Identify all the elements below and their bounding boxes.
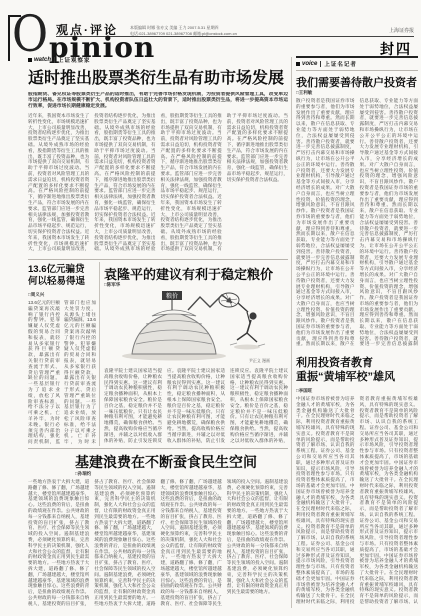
bottom-article-title: 基建浪费在不断蚕食民生空间 [75,452,257,472]
right-article2-title: 利用投资者教育 重振“黄埔军校”雄风 [296,356,418,384]
right-column-top-rule [296,56,418,58]
left-article-title-line2: 何以轻易得逞 [28,276,85,287]
right-article1-title: 我们需要善待散户投资者 [296,74,417,90]
bottom-article-author: □孙瑞灼 [75,471,91,477]
main-tag-cn: 上证观察家 [58,56,91,64]
cartoon-caption: 尹正义 漫画 [249,358,270,364]
right-article1-author: □王利敏 [296,90,312,96]
newspaper-page: O 观点·评论 本版编辑 时娜 张亦文 美编 王力 2007.5.31 星期四 … [0,0,421,616]
paper-name: 上海证券报 [366,27,414,34]
right-article2-title-line2: 重振“黄埔军校”雄风 [296,371,395,383]
column-divider [291,57,292,608]
right-article2-author: □李国旺 [296,388,312,394]
grain-price-cartoon: 粮价 尹正义 漫画 [116,290,272,364]
edition-info-line1: 本版编辑 时娜 张亦文 美编 王力 2007.5.31 星期四 [130,25,218,30]
left-article-title-line1: 13.6亿元骗贷 [28,264,85,275]
masthead-big-letter: O [12,8,48,60]
cartoon-illustration-icon: 粮价 [116,290,272,364]
column-divider [99,262,100,446]
right-article1-body: 散户投资者是我国证券市场的重要参与者，他们为市场发展作出了重要贡献，理应得到善待… [296,98,418,348]
main-article-body: 近年来，我国资本市场发生了转折性变化，市场规模迅速扩大，上市公司质量明显改善，投… [28,113,288,256]
corner-bracket-icon [8,15,10,61]
bottom-article-body: 一些地方热衷于大拆大建，道路翻了修、修了翻，广场越建越大，楼堂馆所越建越豪华，基… [28,479,288,609]
right-article2-title-line1: 利用投资者教育 [296,357,373,369]
square-bullet-icon [28,58,32,62]
tag-separator [320,61,321,67]
section-rule [28,448,288,449]
center-article-title: 袁隆平的建议有利于稳定粮价 [104,264,273,283]
left-article-author: □周义兴 [28,292,44,298]
svg-text:粮价: 粮价 [166,292,178,300]
left-article-body: 13.6亿元的巨额骗贷案再次敲响了银行内控的警钟。犯罪嫌疑人仅凭虚假的贸易合同和… [28,300,96,448]
right-article2-body: 中国证券市场曾被誉为培养金融人才的黄埔军校，为各类金融机构输送了大批骨干。在全民… [296,396,418,608]
main-article-title: 适时推出股票类衍生品有助市场发展 [28,65,284,88]
right-tag-en: voice [302,61,317,67]
center-article-author: □陈军华 [104,282,120,288]
main-tag-en: watch [34,57,51,63]
left-article-title: 13.6亿元骗贷 何以轻易得逞 [28,264,98,288]
main-article-intro: 股指期货、备兑权证等股票类衍生产品的适时推出，有助于完善市场价格发现机制，为投资… [28,92,288,109]
main-section-tag: watch 上证观察家 [28,56,91,64]
right-tag-cn: 上证名记者 [324,60,357,68]
tag-separator [54,57,55,63]
square-bullet-icon [296,62,300,66]
section-rule [28,259,288,260]
center-article-body: 袁隆平院士建议国家适当提高粮食收购价格，让种粮农民得到实惠。这一建议有利于调动农… [104,368,288,446]
right-column-tag-rule [296,70,418,71]
right-section-tag: voice 上证名记者 [296,60,357,68]
